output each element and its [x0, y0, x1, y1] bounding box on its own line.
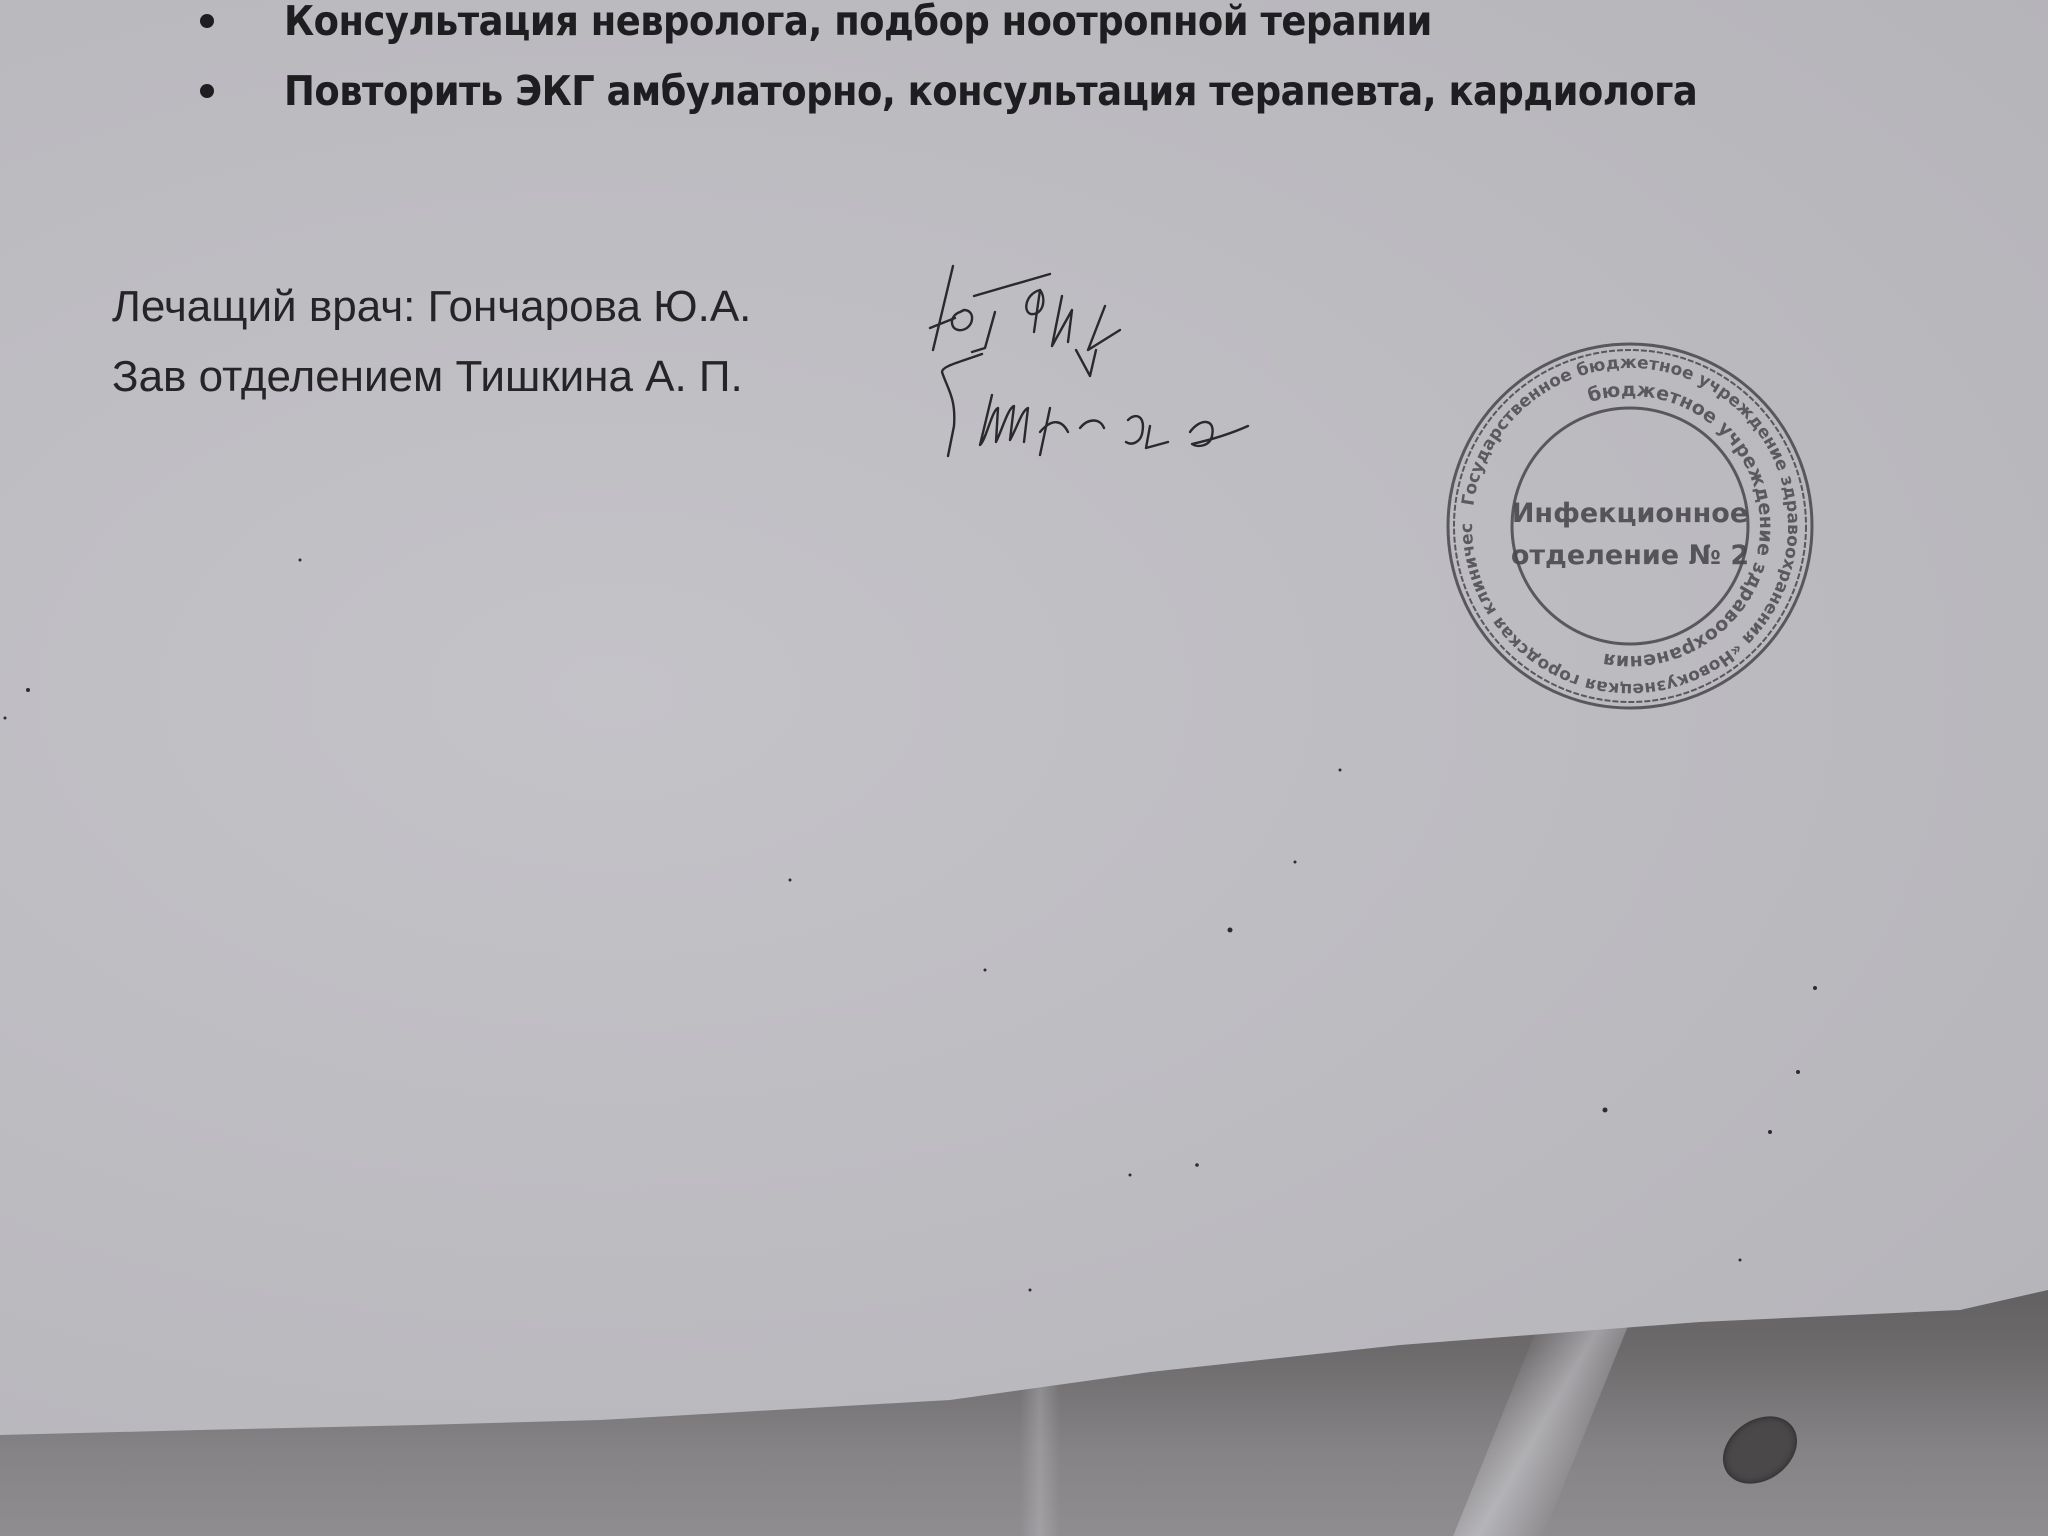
paper-specks — [0, 0, 2048, 1536]
